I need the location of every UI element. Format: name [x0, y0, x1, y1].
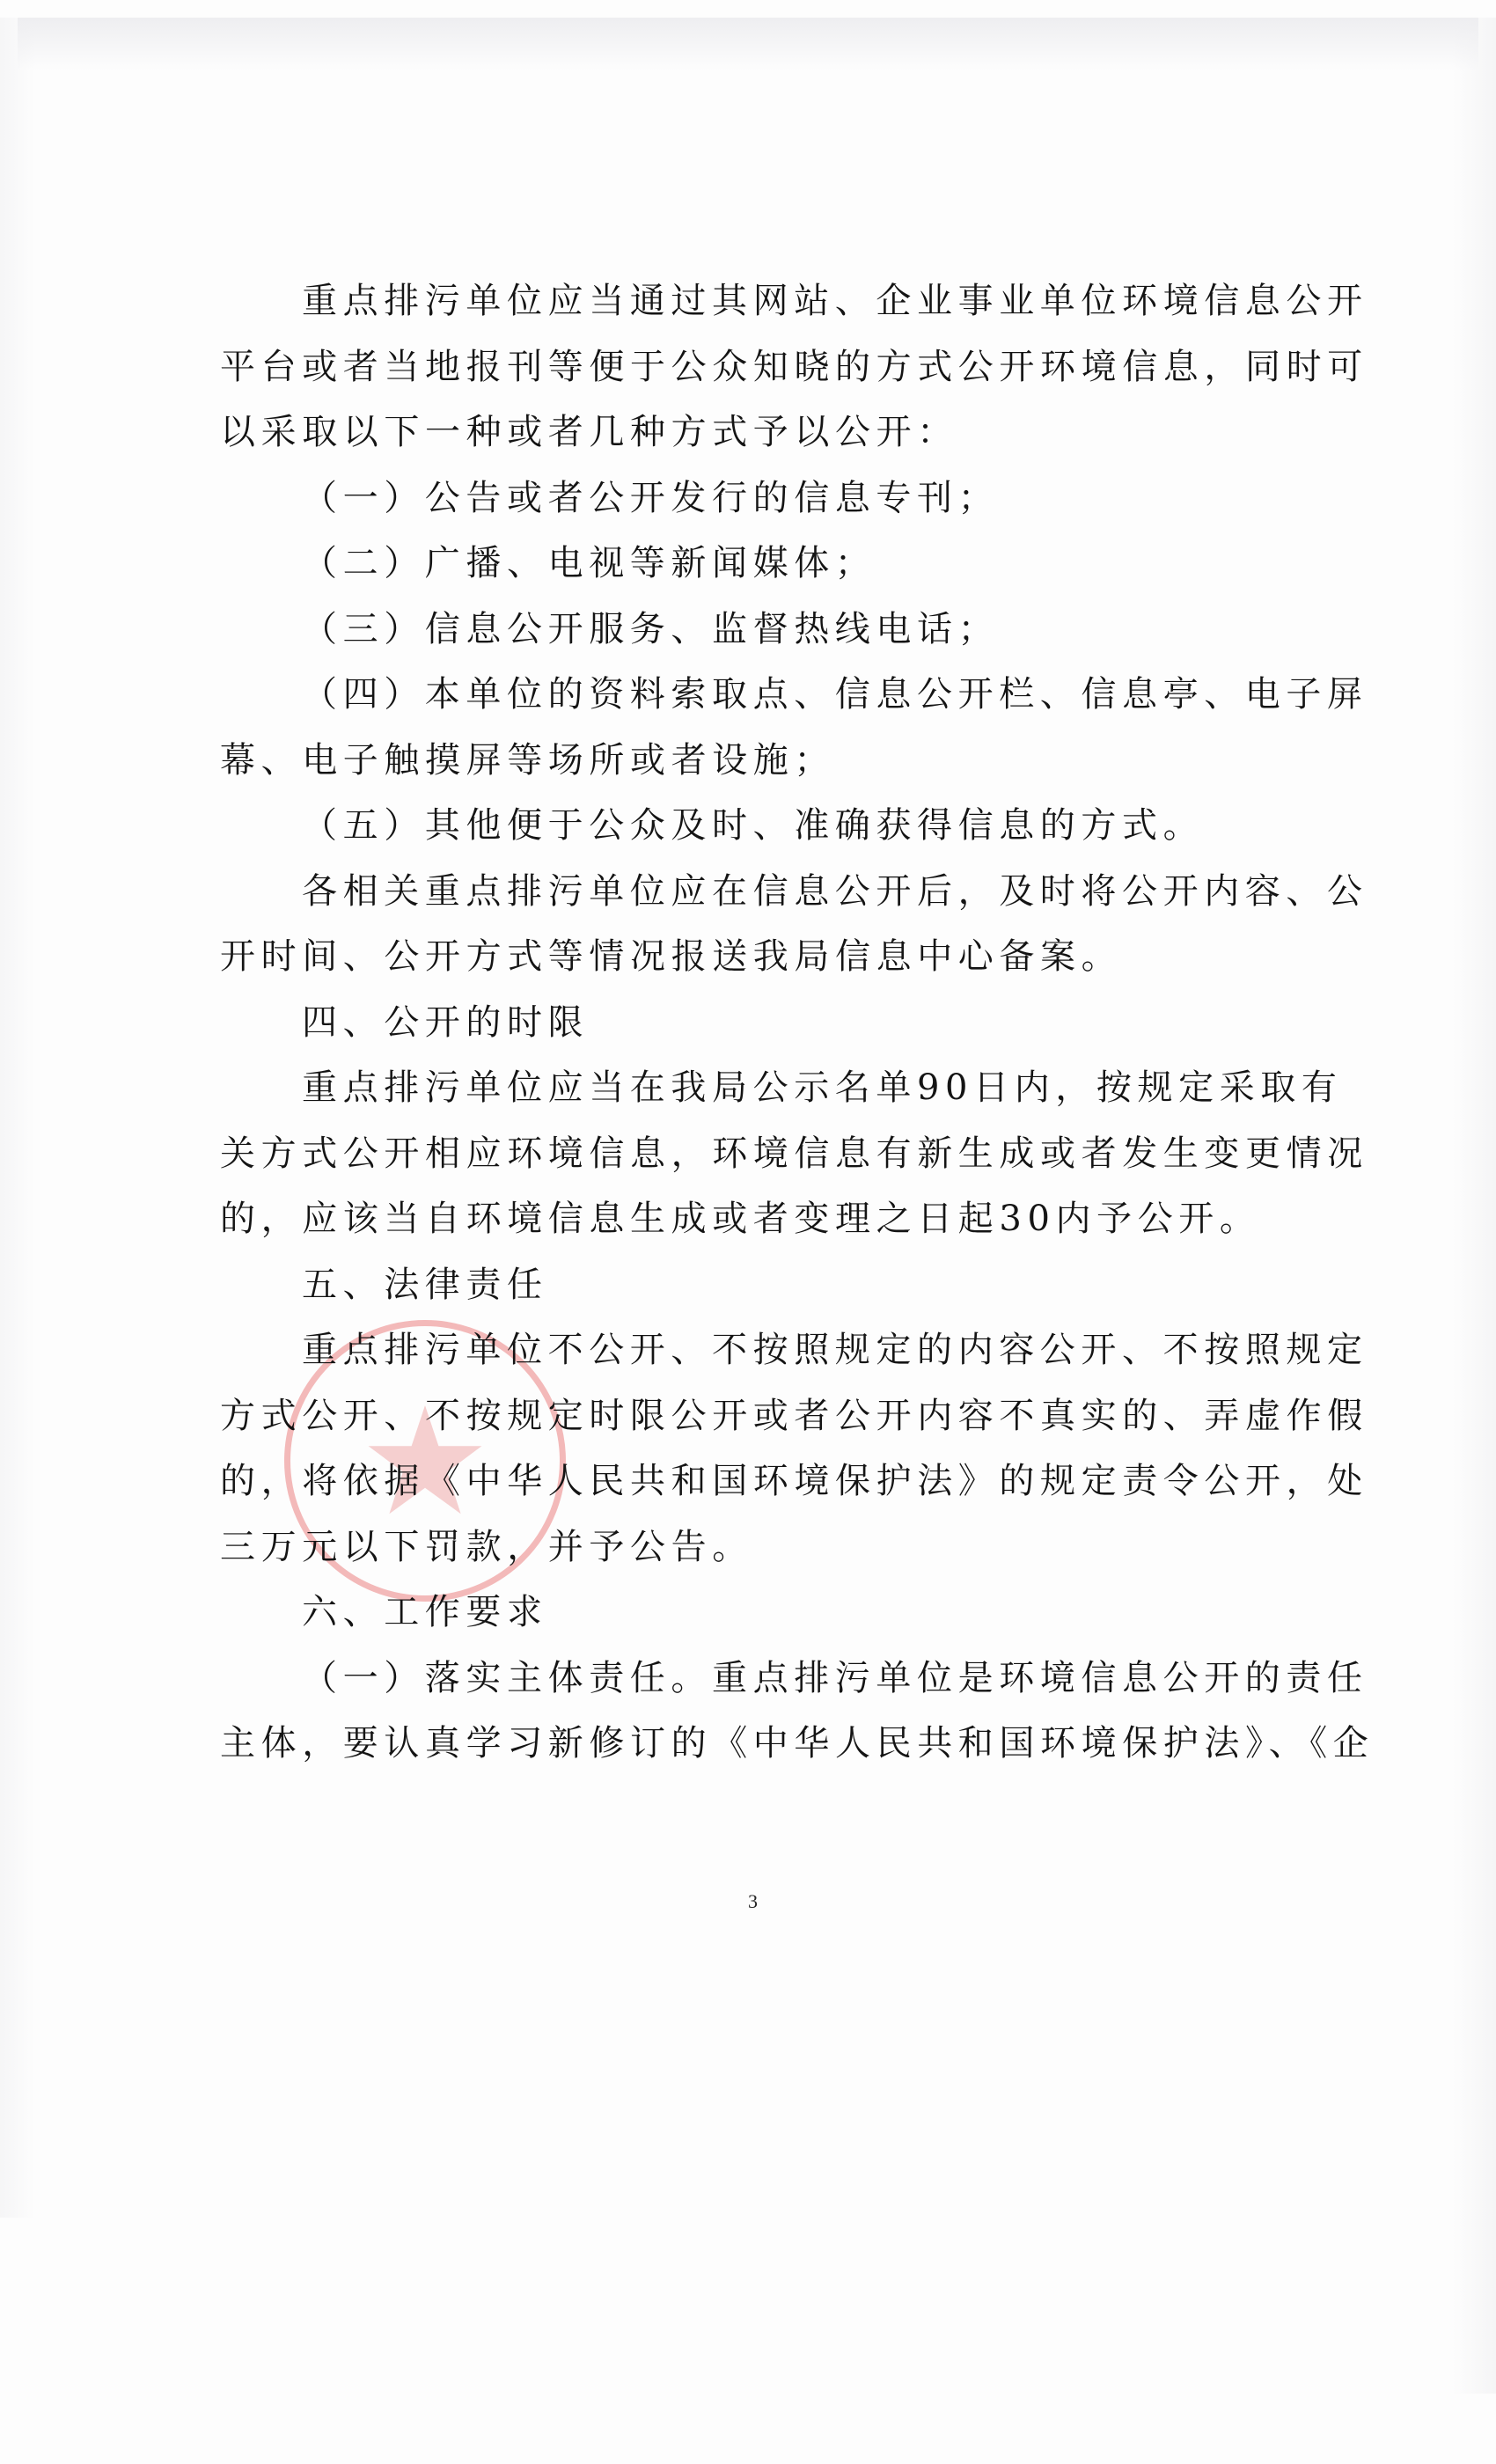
- list-item: （一）落实主体责任。重点排污单位是环境信息公开的责任: [220, 1646, 1289, 1712]
- body-line: 重点排污单位应当在我局公示名单90日内，按规定采取有: [220, 1055, 1289, 1121]
- body-line: 重点排污单位应当通过其网站、企业事业单位环境信息公开: [220, 268, 1289, 334]
- section-heading: 六、工作要求: [220, 1580, 1289, 1646]
- body-line: 重点排污单位不公开、不按照规定的内容公开、不按照规定: [220, 1317, 1289, 1383]
- body-line: 以采取以下一种或者几种方式予以公开：: [220, 400, 1289, 466]
- scan-shadow-left: [0, 18, 35, 2218]
- page-number: 3: [748, 1890, 758, 1913]
- list-item: （四）本单位的资料索取点、信息公开栏、信息亭、电子屏: [220, 662, 1289, 728]
- list-item: （二）广播、电视等新闻媒体；: [220, 531, 1289, 597]
- scan-shadow-right: [1452, 18, 1496, 2394]
- body-line: 方式公开、不按规定时限公开或者公开内容不真实的、弄虚作假: [220, 1383, 1289, 1449]
- list-item: （三）信息公开服务、监督热线电话；: [220, 597, 1289, 663]
- section-heading: 五、法律责任: [220, 1252, 1289, 1318]
- body-line: 关方式公开相应环境信息，环境信息有新生成或者发生变更情况: [220, 1121, 1289, 1187]
- body-line: 开时间、公开方式等情况报送我局信息中心备案。: [220, 924, 1289, 990]
- body-line: 三万元以下罚款，并予公告。: [220, 1514, 1289, 1580]
- section-heading: 四、公开的时限: [220, 990, 1289, 1056]
- body-line: 各相关重点排污单位应在信息公开后，及时将公开内容、公: [220, 859, 1289, 925]
- body-line: 平台或者当地报刊等便于公众知晓的方式公开环境信息，同时可: [220, 334, 1289, 400]
- body-line: 的，应该当自环境信息生成或者变理之日起30内予公开。: [220, 1186, 1289, 1252]
- document-body: 重点排污单位应当通过其网站、企业事业单位环境信息公开 平台或者当地报刊等便于公众…: [220, 268, 1289, 1777]
- document-page: 重点排污单位应当通过其网站、企业事业单位环境信息公开 平台或者当地报刊等便于公众…: [0, 0, 1496, 2464]
- list-item: （一）公告或者公开发行的信息专刊；: [220, 466, 1289, 532]
- body-line: 主体，要认真学习新修订的《中华人民共和国环境保护法》、《企: [220, 1711, 1289, 1777]
- body-line: 的，将依据《中华人民共和国环境保护法》的规定责令公开，处: [220, 1448, 1289, 1514]
- body-line: 幕、电子触摸屏等场所或者设施；: [220, 728, 1289, 794]
- list-item: （五）其他便于公众及时、准确获得信息的方式。: [220, 793, 1289, 859]
- scan-shadow-top: [18, 18, 1478, 70]
